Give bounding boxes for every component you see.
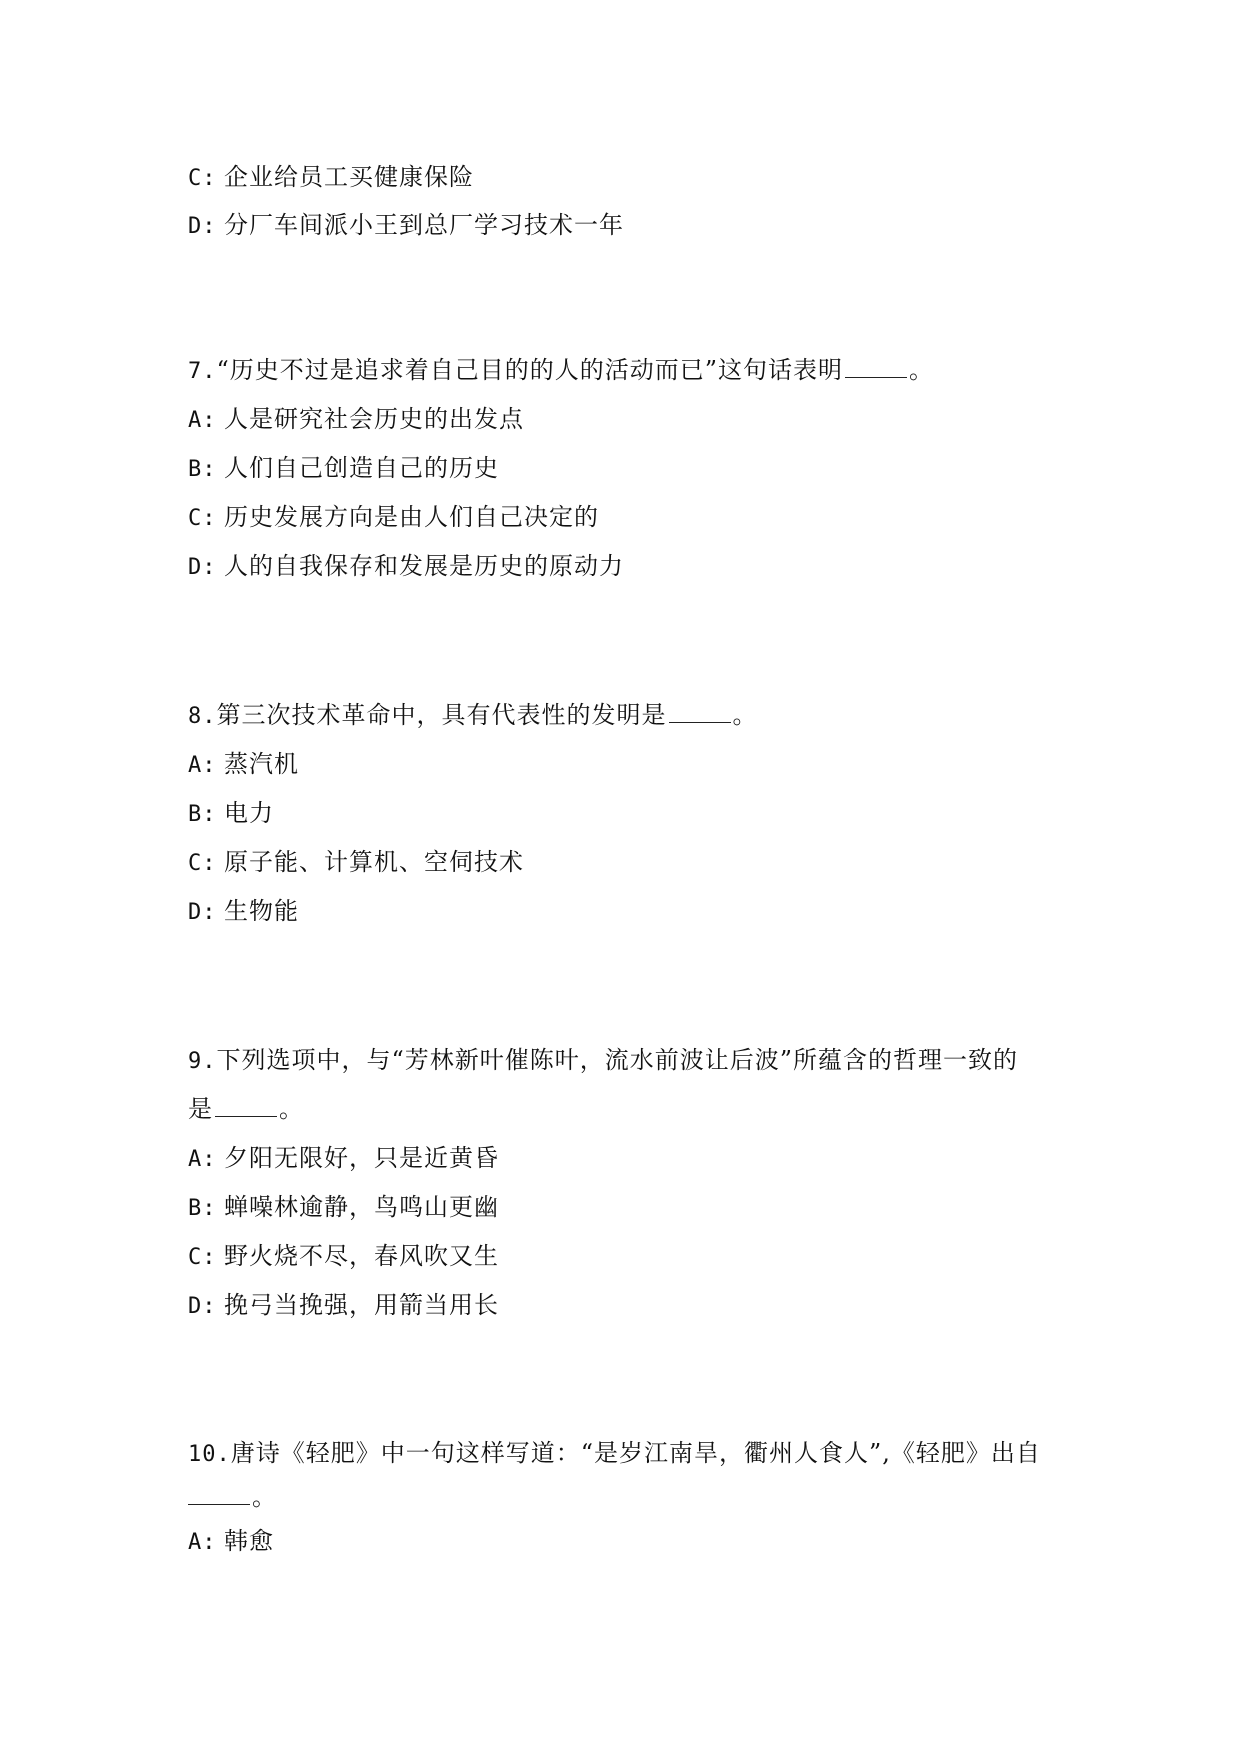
question-period: 。 — [733, 700, 758, 730]
option-text: 生物能 — [224, 897, 299, 925]
option-letter: B: — [188, 455, 224, 485]
question-9-option-b: B:蝉噪林逾静，鸟鸣山更幽 — [188, 1192, 499, 1222]
question-number: 8. — [188, 704, 217, 729]
option-letter: C: — [188, 849, 224, 879]
question-9-stem-line2: 是。 — [188, 1094, 304, 1124]
option-c-q6: C:企业给员工买健康保险 — [188, 162, 474, 192]
question-number: 9. — [188, 1049, 217, 1074]
option-letter: B: — [188, 800, 224, 830]
question-7-stem: 7.“历史不过是追求着自己目的的人的活动而已”这句话表明。 — [188, 355, 934, 385]
option-letter: A: — [188, 1528, 224, 1558]
question-number: 10. — [188, 1442, 231, 1467]
option-text: 野火烧不尽，春风吹又生 — [224, 1242, 499, 1270]
question-8-option-c: C:原子能、计算机、空伺技术 — [188, 847, 524, 877]
option-d-q6: D:分厂车间派小王到总厂学习技术一年 — [188, 210, 624, 240]
option-text: 人是研究社会历史的出发点 — [224, 405, 524, 433]
option-text: 企业给员工买健康保险 — [224, 163, 474, 191]
question-period: 。 — [909, 355, 934, 385]
option-text: 蝉噪林逾静，鸟鸣山更幽 — [224, 1193, 499, 1221]
answer-blank — [845, 355, 907, 378]
question-8-option-a: A:蒸汽机 — [188, 749, 299, 779]
option-letter: A: — [188, 406, 224, 436]
option-text: 原子能、计算机、空伺技术 — [224, 848, 524, 876]
question-8-stem: 8.第三次技术革命中，具有代表性的发明是。 — [188, 700, 758, 730]
option-text: 电力 — [224, 799, 274, 827]
question-text: 唐诗《轻肥》中一句这样写道：“是岁江南旱，衢州人食人”,《轻肥》出自 — [231, 1439, 1041, 1467]
option-letter: D: — [188, 553, 224, 583]
question-10-stem-line2: 。 — [188, 1482, 277, 1512]
question-7-option-d: D:人的自我保存和发展是历史的原动力 — [188, 551, 624, 581]
option-letter: A: — [188, 751, 224, 781]
question-text: 是 — [188, 1095, 213, 1123]
question-number: 7. — [188, 359, 217, 384]
question-7-option-b: B:人们自己创造自己的历史 — [188, 453, 499, 483]
question-9-option-c: C:野火烧不尽，春风吹又生 — [188, 1241, 499, 1271]
answer-blank — [188, 1482, 250, 1505]
question-8-option-d: D:生物能 — [188, 896, 299, 926]
option-letter: B: — [188, 1194, 224, 1224]
option-text: 蒸汽机 — [224, 750, 299, 778]
question-text: 第三次技术革命中，具有代表性的发明是 — [217, 701, 667, 729]
option-text: 分厂车间派小王到总厂学习技术一年 — [224, 211, 624, 239]
question-text: 下列选项中，与“芳林新叶催陈叶，流水前波让后波”所蕴含的哲理一致的 — [217, 1046, 1019, 1074]
option-letter: D: — [188, 212, 224, 242]
question-9-stem-line1: 9.下列选项中，与“芳林新叶催陈叶，流水前波让后波”所蕴含的哲理一致的 — [188, 1045, 1018, 1075]
question-10-stem-line1: 10.唐诗《轻肥》中一句这样写道：“是岁江南旱，衢州人食人”,《轻肥》出自 — [188, 1438, 1041, 1468]
option-text: 历史发展方向是由人们自己决定的 — [224, 503, 599, 531]
option-text: 挽弓当挽强，用箭当用长 — [224, 1291, 499, 1319]
document-page: C:企业给员工买健康保险 D:分厂车间派小王到总厂学习技术一年 7.“历史不过是… — [0, 0, 1240, 1753]
option-text: 人们自己创造自己的历史 — [224, 454, 499, 482]
option-letter: D: — [188, 898, 224, 928]
option-letter: C: — [188, 1243, 224, 1273]
question-9-option-a: A:夕阳无限好，只是近黄昏 — [188, 1143, 499, 1173]
question-period: 。 — [252, 1482, 277, 1512]
question-8-option-b: B:电力 — [188, 798, 274, 828]
question-9-option-d: D:挽弓当挽强，用箭当用长 — [188, 1290, 499, 1320]
question-7-option-a: A:人是研究社会历史的出发点 — [188, 404, 524, 434]
option-text: 韩愈 — [224, 1527, 274, 1555]
answer-blank — [215, 1094, 277, 1117]
option-letter: C: — [188, 504, 224, 534]
option-letter: A: — [188, 1145, 224, 1175]
option-text: 人的自我保存和发展是历史的原动力 — [224, 552, 624, 580]
question-10-option-a: A:韩愈 — [188, 1526, 274, 1556]
question-7-option-c: C:历史发展方向是由人们自己决定的 — [188, 502, 599, 532]
option-letter: C: — [188, 164, 224, 194]
question-period: 。 — [279, 1094, 304, 1124]
question-text: “历史不过是追求着自己目的的人的活动而已”这句话表明 — [217, 356, 844, 384]
option-text: 夕阳无限好，只是近黄昏 — [224, 1144, 499, 1172]
answer-blank — [669, 700, 731, 723]
option-letter: D: — [188, 1292, 224, 1322]
